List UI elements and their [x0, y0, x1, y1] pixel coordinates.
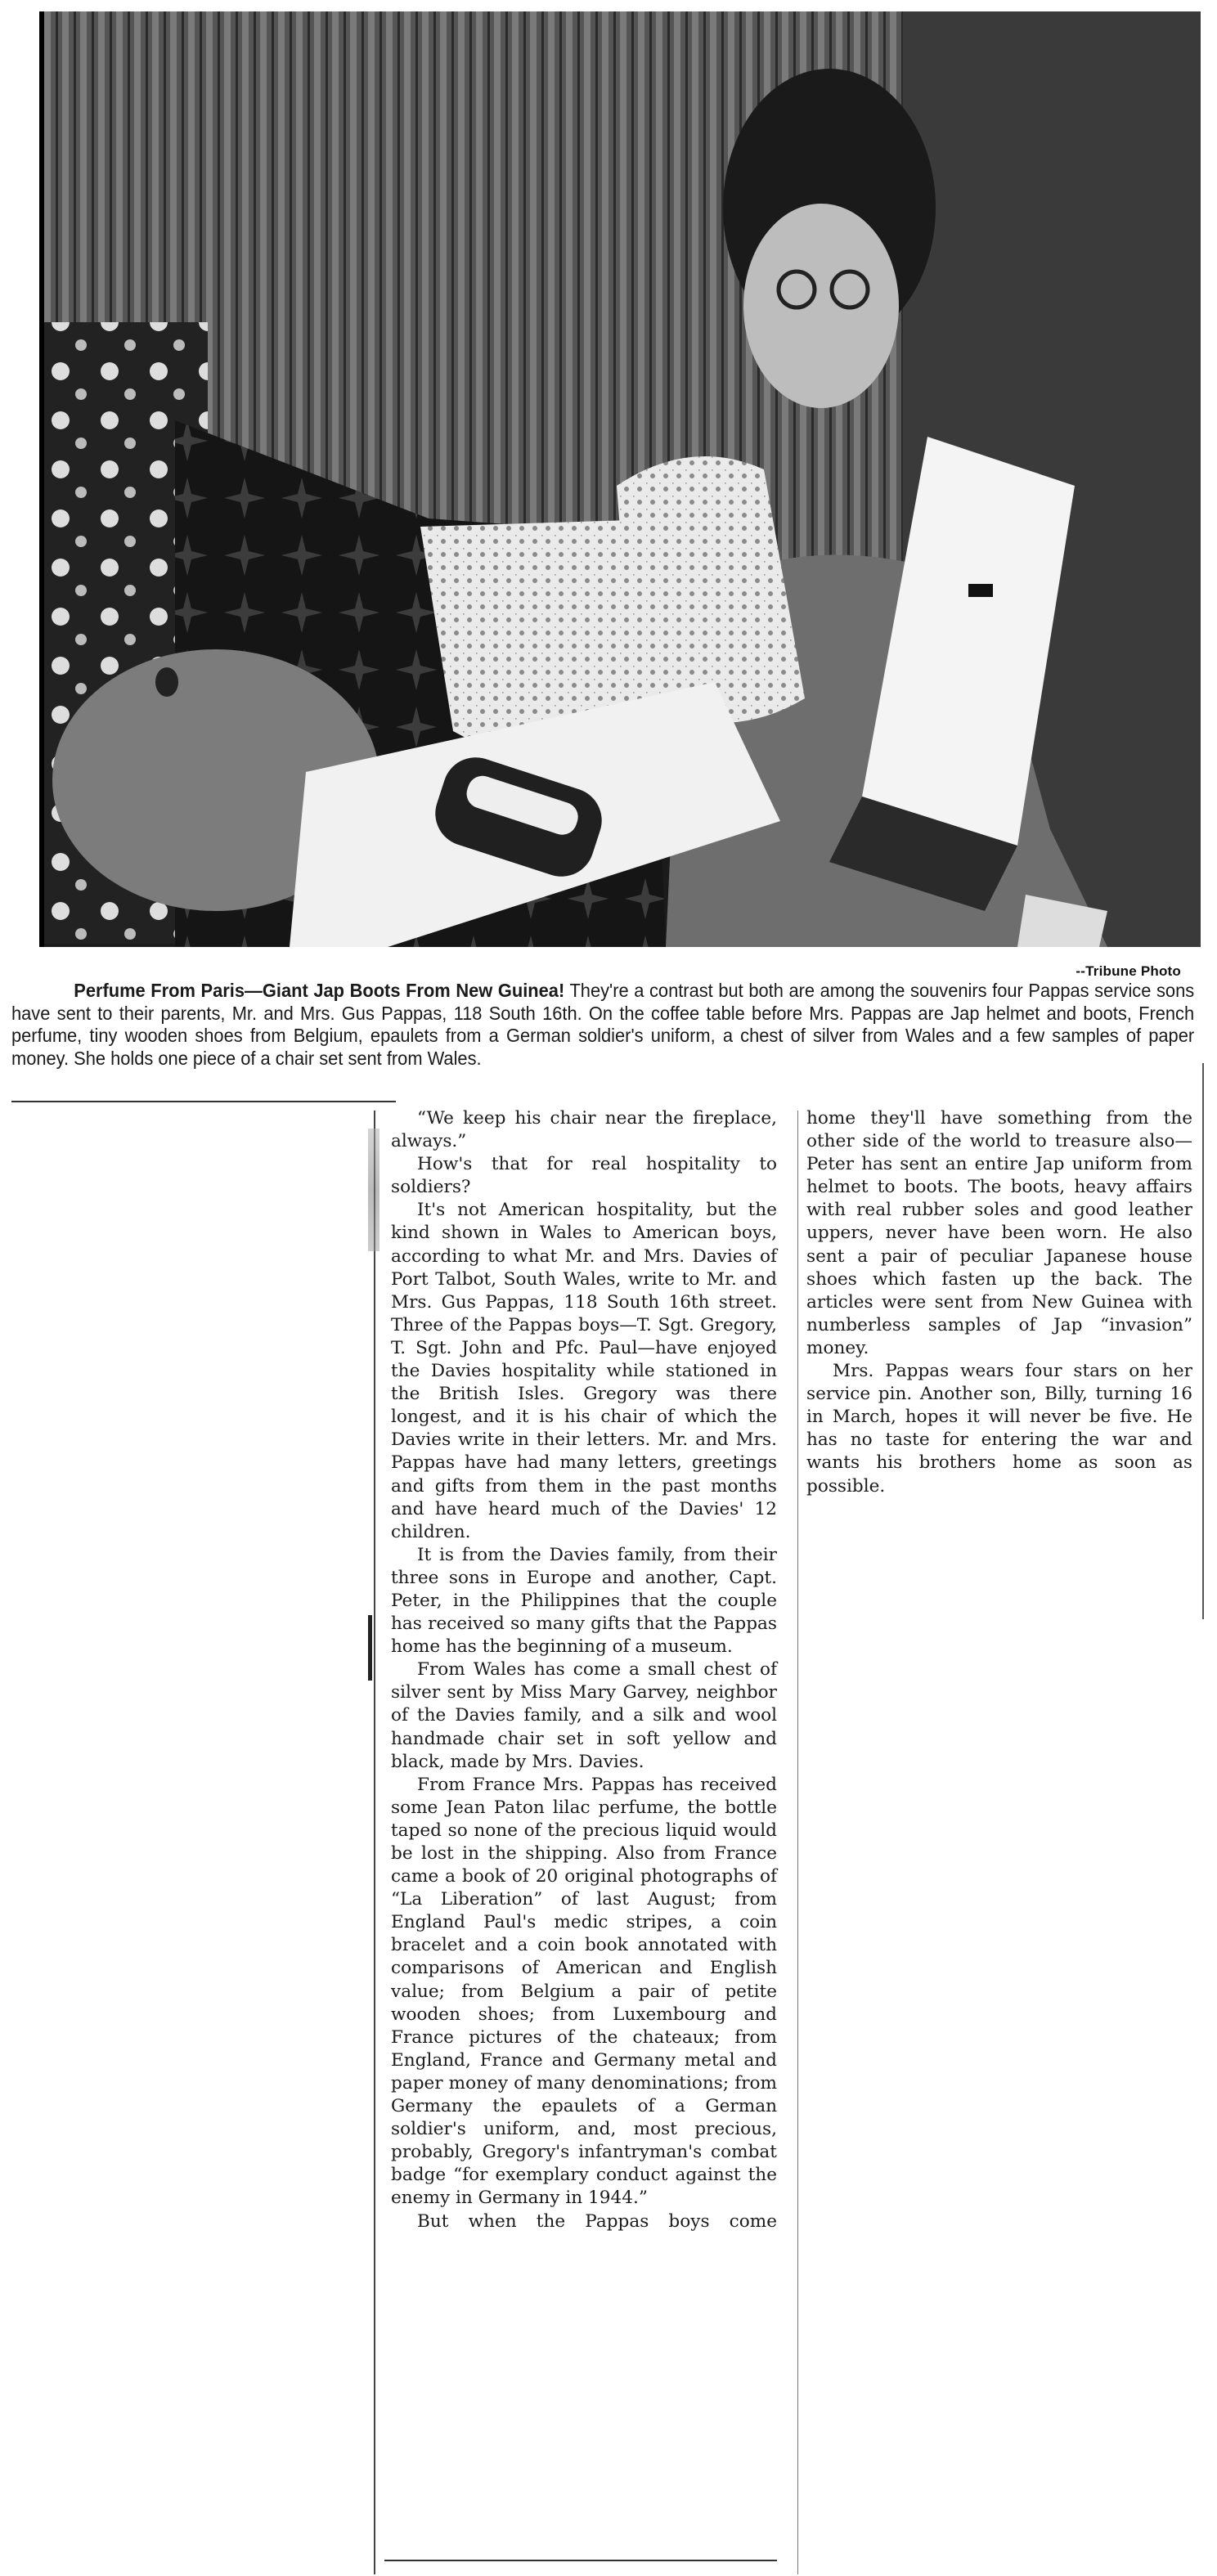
- paragraph: It is from the Davies family, from their…: [391, 1544, 777, 1658]
- article-column-left: “We keep his chair near the fireplace, a…: [391, 1107, 777, 2233]
- paragraph: From France Mrs. Pappas has received som…: [391, 1774, 777, 2210]
- article-column-right: home they'll have something from the oth…: [806, 1107, 1192, 1498]
- paragraph: From Wales has come a small chest of sil…: [391, 1658, 777, 1773]
- bottom-rule: [384, 2560, 777, 2561]
- paragraph: But when the Pappas boys come: [391, 2210, 777, 2233]
- margin-mark: [368, 1615, 372, 1681]
- news-photo: [39, 11, 1201, 947]
- paragraph: How's that for real hospitality to soldi…: [391, 1153, 777, 1199]
- paragraph: It's not American hospitality, but the k…: [391, 1199, 777, 1543]
- left-column-rule: [374, 1111, 375, 2574]
- paragraph: home they'll have something from the oth…: [806, 1107, 1192, 1360]
- paragraph: Mrs. Pappas wears four stars on her serv…: [806, 1360, 1192, 1498]
- margin-smudge: [368, 1129, 379, 1251]
- paragraph: “We keep his chair near the fireplace, a…: [391, 1107, 777, 1153]
- photo-credit: --Tribune Photo: [1076, 963, 1181, 980]
- caption-headline: Perfume From Paris—Giant Jap Boots From …: [74, 980, 564, 1001]
- caption-separator-rule: [11, 1101, 396, 1102]
- photo-illustration: [44, 11, 1201, 947]
- column-divider-rule: [797, 1111, 798, 2574]
- right-edge-rule: [1202, 1063, 1204, 1619]
- photo-caption: Perfume From Paris—Giant Jap Boots From …: [11, 980, 1194, 1070]
